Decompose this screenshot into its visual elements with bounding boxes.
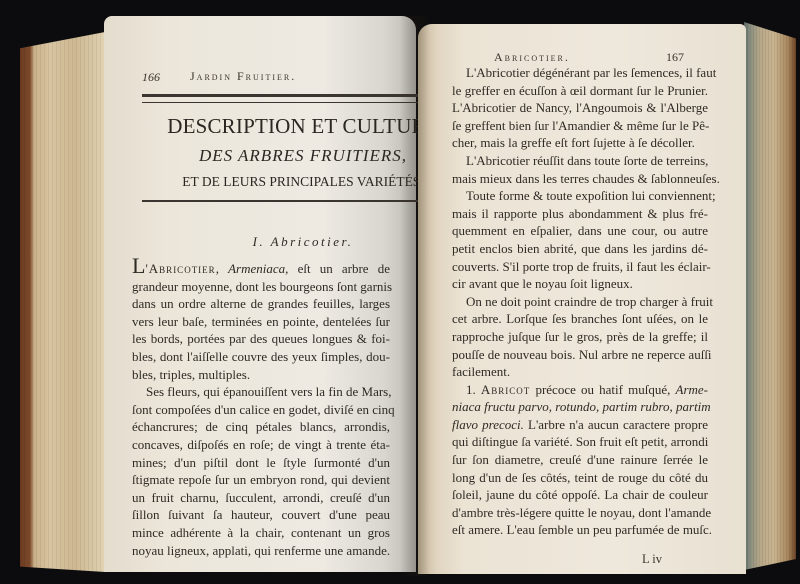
- text-line: 1. Abricot précoce ou hatif muſqué, Arme…: [452, 381, 708, 399]
- text-line: vers leur baſe, terminées en pointe, den…: [132, 313, 390, 331]
- text-line: facilement.: [452, 363, 708, 381]
- text-line: mines; d'un piſtil dont le ſtyle ſurmont…: [132, 454, 390, 472]
- text-line: long d'un de ſes côtés, teint de rouge d…: [452, 469, 708, 487]
- page-block-left-edge: [20, 32, 105, 572]
- text-line: ſur ſon diametre, creuſé d'une rainure ſ…: [452, 451, 708, 469]
- right-page: Abricotier. 167 L'Abricotier dégénérant …: [418, 24, 746, 574]
- text-line: échancrures; de cinq pétales blancs, arr…: [132, 418, 390, 436]
- text-line: cir avant que le noyau ſoit ligneux.: [452, 275, 708, 293]
- left-page: 166 Jardin Fruitier. DESCRIPTION ET CULT…: [104, 16, 416, 572]
- page-number: 166: [142, 70, 160, 85]
- body-text: L'Abricotier, Armeniaca, eſt un arbre de…: [132, 257, 390, 559]
- text-line: On ne doit point craindre de trop charge…: [452, 293, 708, 311]
- text-line: noyau ligneux, applati, qui renferme une…: [132, 542, 390, 560]
- text-line: qui diſtingue ſa variété. Son fruit eſt …: [452, 433, 708, 451]
- open-book: 166 Jardin Fruitier. DESCRIPTION ET CULT…: [0, 0, 800, 584]
- running-head: Abricotier.: [494, 50, 570, 65]
- text-line: cher, mais la greffe eſt fort ſujette à …: [452, 134, 708, 152]
- single-rule: [142, 200, 464, 202]
- text-line: bles, dont l'aiſſelle couvre des yeux ſi…: [132, 348, 390, 366]
- text-line: mais il rapporte plus abondamment & plus…: [452, 205, 708, 223]
- text-line: ſoleil, jaune du côté oppoſé. La chair d…: [452, 486, 708, 504]
- text-line: niaca fructu parvo, rotundo, partim rubr…: [452, 398, 708, 416]
- text-line: Ses fleurs, qui épanouiſſent vers la fin…: [132, 383, 390, 401]
- page-block-right-edge: [744, 22, 796, 570]
- text-line: ſillon ſuivant ſa hauteur, couvert d'une…: [132, 506, 390, 524]
- text-line: un fruit charnu, ſucculent, arrondi, cre…: [132, 489, 390, 507]
- page-number: 167: [666, 50, 684, 65]
- text-line: flavo precoci. L'arbre n'a aucun caracte…: [452, 416, 708, 434]
- text-line: L'Abricotier dégénérant par les ſemences…: [452, 64, 708, 82]
- body-text: L'Abricotier dégénérant par les ſemences…: [452, 64, 708, 539]
- text-line: ſe greffent bien ſur l'Amandier & même ſ…: [452, 117, 708, 135]
- text-line: cet arbre. Lorſque ſes branches ſont uſé…: [452, 310, 708, 328]
- text-line: bles, triples, multiples.: [132, 366, 390, 384]
- text-line: ſtigmate repoſe ſur un embryon rond, qui…: [132, 471, 390, 489]
- section-heading: I. Abricotier.: [142, 234, 464, 250]
- text-line: quemment en eſpalier, dans une cour, ou …: [452, 222, 708, 240]
- text-line: rapproche juſque ſur le gros, près de la…: [452, 328, 708, 346]
- text-line: Toute forme & toute expoſition lui convi…: [452, 187, 708, 205]
- text-line: pouſſe de nouveau bois. Nul arbre ne rep…: [452, 346, 708, 364]
- text-line: les bords, portées par des queues longue…: [132, 330, 390, 348]
- text-line: L'Abricotier de Nancy, l'Angoumois & l'A…: [452, 99, 708, 117]
- text-line: concaves, diſpoſés en roſe; de vingt à t…: [132, 436, 390, 454]
- text-line: le greffer en écuſſon à œil dormant ſur …: [452, 82, 708, 100]
- text-line: L'Abricotier réuſſit dans toute ſorte de…: [452, 152, 708, 170]
- signature-mark: L iv: [642, 552, 662, 567]
- text-line: d'ambre très-légere quitte le noyau, don…: [452, 504, 708, 522]
- double-rule: [142, 94, 464, 103]
- text-line: grandeur moyenne, dont les bourgeons ſon…: [132, 278, 390, 296]
- text-line: couverts. S'il porte trop de fruits, il …: [452, 258, 708, 276]
- text-line: mais mieux dans les terres chaudes & ſab…: [452, 170, 708, 188]
- running-head: Jardin Fruitier.: [190, 69, 296, 84]
- text-line: mince adhérente à la chair, contenant un…: [132, 524, 390, 542]
- text-line: eſt amere. L'eau ſemble un peu parfumée …: [452, 521, 708, 539]
- text-line: ſont compoſées d'un calice en godet, div…: [132, 401, 390, 419]
- text-line: L'Abricotier, Armeniaca, eſt un arbre de: [132, 257, 390, 278]
- text-line: dans un ordre alterne de grandes feuille…: [132, 295, 390, 313]
- text-line: petit enclos bien abrité, que dans les j…: [452, 240, 708, 258]
